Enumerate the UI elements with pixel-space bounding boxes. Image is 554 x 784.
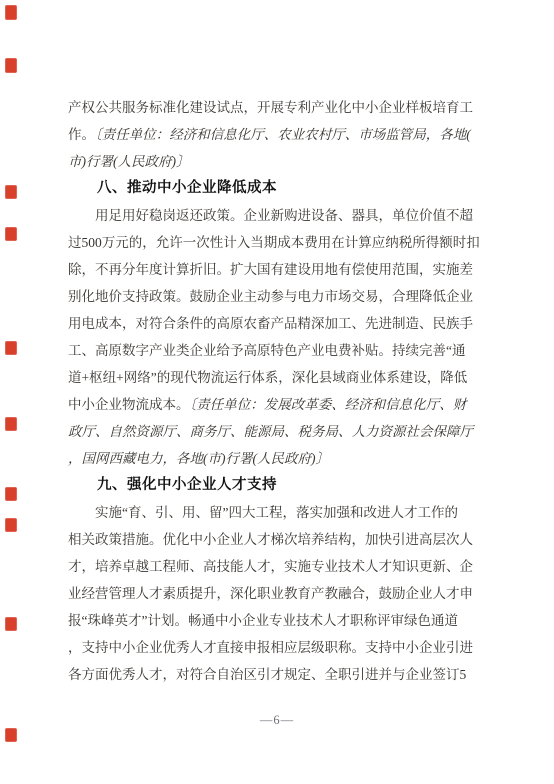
- text-line: 中小企业物流成本。〔责任单位：发展改革委、经济和信息化厅、财: [68, 391, 492, 418]
- body-text: 相关政策措施。优化中小企业人才梯次培养结构，加快引进高层次人: [68, 532, 473, 547]
- document-page: 产权公共服务标准化建设试点，开展专利产业化中小企业样板培育工作。〔责任单位：经济…: [0, 0, 554, 784]
- body-text: 除，不再分年度计算折旧。扩大国有建设用地有偿使用范围，实施差: [68, 262, 473, 277]
- text-line: 政厅、自然资源厅、商务厅、能源局、税务局、人力资源社会保障厅: [68, 418, 492, 445]
- text-line: ，支持中小企业优秀人才直接申报相应层级职称。支持中小企业引进: [68, 634, 492, 661]
- red-margin-mark: [5, 417, 17, 431]
- red-margin-mark: [5, 227, 17, 241]
- text-line: 过500万元的，允许一次性计入当期成本费用在计算应纳税所得额时扣: [68, 229, 492, 256]
- body-text: 过500万元的，允许一次性计入当期成本费用在计算应纳税所得额时扣: [68, 235, 480, 250]
- body-text: 用足用好稳岗返还政策。企业新购进设备、器具，单位价值不超: [95, 208, 473, 223]
- page-number: —6—: [0, 711, 554, 729]
- body-text: 实施“育、引、用、留”四大工程，落实加强和改进人才工作的: [95, 505, 458, 520]
- text-line: 道+枢纽+网络”的现代物流运行体系，深化县域商业体系建设，降低: [68, 364, 492, 391]
- responsibility-unit-text: 政厅、自然资源厅、商务厅、能源局、税务局、人力资源社会保障厅: [68, 424, 473, 439]
- body-text: 九、强化中小企业人才支持: [97, 477, 277, 493]
- body-text: 道+枢纽+网络”的现代物流运行体系，深化县域商业体系建设，降低: [68, 370, 467, 385]
- text-line: 别化地价支持政策。鼓励企业主动参与电力市场交易，合理降低企业: [68, 283, 492, 310]
- text-line: 产权公共服务标准化建设试点，开展专利产业化中小企业样板培育工: [68, 94, 492, 121]
- red-margin-mark: [5, 185, 17, 199]
- body-text: 八、推动中小企业降低成本: [97, 180, 277, 196]
- red-margin-mark: [5, 487, 17, 501]
- body-text: 才，培养卓越工程师、高技能人才，实施专业技术人才知识更新、企: [68, 559, 473, 574]
- text-line: 作。〔责任单位：经济和信息化厅、农业农村厅、市场监管局，各地(: [68, 121, 492, 148]
- text-line: 用足用好稳岗返还政策。企业新购进设备、器具，单位价值不超: [68, 202, 492, 229]
- body-text: 业经营管理人才素质提升，深化职业教育产教融合，鼓励企业人才申: [68, 586, 473, 601]
- text-line: 市)行署(人民政府)〕: [68, 148, 492, 175]
- text-line: 实施“育、引、用、留”四大工程，落实加强和改进人才工作的: [68, 499, 492, 526]
- body-text: 工、高原数字产业类企业给予高原特色产业电费补贴。持续完善“通: [68, 343, 466, 358]
- text-block: 产权公共服务标准化建设试点，开展专利产业化中小企业样板培育工作。〔责任单位：经济…: [68, 94, 492, 688]
- red-margin-mark: [5, 617, 17, 631]
- text-line: 用电成本，对符合条件的高原农畜产品精深加工、先进制造、民族手: [68, 310, 492, 337]
- responsibility-unit-text: 〔责任单位：经济和信息化厅、农业农村厅、市场监管局，各地(: [95, 127, 471, 142]
- text-line: ，国网西藏电力，各地(市)行署(人民政府)〕: [68, 445, 492, 472]
- body-text: 各方面优秀人才，对符合自治区引才规定、全职引进并与企业签订5: [68, 667, 466, 682]
- section-heading: 八、推动中小企业降低成本: [68, 175, 492, 202]
- red-margin-mark: [5, 518, 17, 532]
- body-text: 别化地价支持政策。鼓励企业主动参与电力市场交易，合理降低企业: [68, 289, 473, 304]
- body-text: 报“珠峰英才”计划。畅通中小企业专业技术人才职称评审绿色通道: [68, 613, 458, 628]
- text-line: 工、高原数字产业类企业给予高原特色产业电费补贴。持续完善“通: [68, 337, 492, 364]
- red-margin-mark: [5, 58, 17, 73]
- red-margin-mark: [5, 5, 17, 20]
- text-line: 才，培养卓越工程师、高技能人才，实施专业技术人才知识更新、企: [68, 553, 492, 580]
- text-line: 相关政策措施。优化中小企业人才梯次培养结构，加快引进高层次人: [68, 526, 492, 553]
- body-text: 用电成本，对符合条件的高原农畜产品精深加工、先进制造、民族手: [68, 316, 473, 331]
- text-line: 业经营管理人才素质提升，深化职业教育产教融合，鼓励企业人才申: [68, 580, 492, 607]
- body-text: 作。: [68, 127, 95, 142]
- responsibility-unit-text: 〔责任单位：发展改革委、经济和信息化厅、财: [190, 397, 467, 412]
- body-text: 中小企业物流成本。: [68, 397, 190, 412]
- text-line: 报“珠峰英才”计划。畅通中小企业专业技术人才职称评审绿色通道: [68, 607, 492, 634]
- text-line: 各方面优秀人才，对符合自治区引才规定、全职引进并与企业签订5: [68, 661, 492, 688]
- section-heading: 九、强化中小企业人才支持: [68, 472, 492, 499]
- responsibility-unit-text: 市)行署(人民政府)〕: [68, 154, 190, 169]
- responsibility-unit-text: ，国网西藏电力，各地(市)行署(人民政府)〕: [68, 451, 329, 466]
- red-margin-mark: [5, 341, 17, 355]
- text-line: 除，不再分年度计算折旧。扩大国有建设用地有偿使用范围，实施差: [68, 256, 492, 283]
- body-text: 产权公共服务标准化建设试点，开展专利产业化中小企业样板培育工: [68, 100, 473, 115]
- body-text: ，支持中小企业优秀人才直接申报相应层级职称。支持中小企业引进: [68, 640, 473, 655]
- red-margin-mark: [5, 728, 17, 742]
